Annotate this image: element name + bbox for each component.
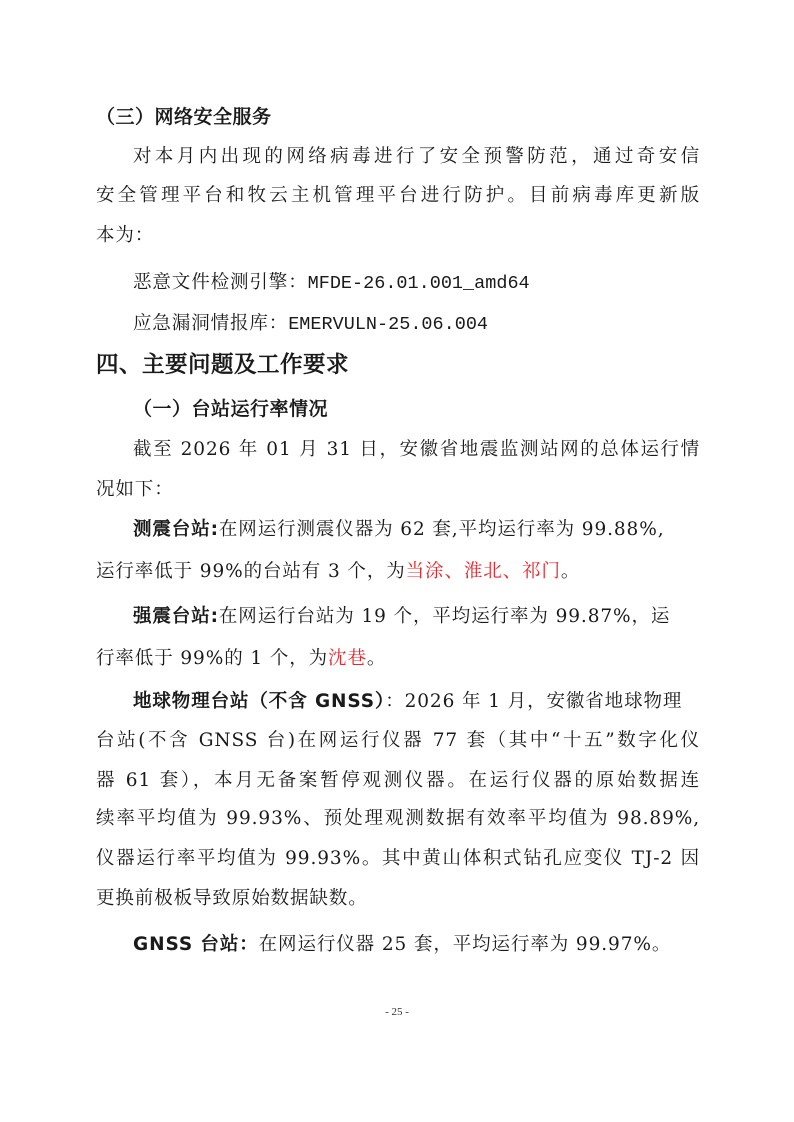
strong-motion-label: 强震台站: — [133, 606, 219, 627]
chapter-heading: 四、主要问题及工作要求 — [96, 353, 700, 377]
paragraph-line: 本为： — [96, 224, 700, 248]
seismic-text: 运行率低于 99%的台站有 3 个，为 — [96, 561, 406, 582]
gnss-text: 在网运行仪器 25 套，平均运行率为 99.97%。 — [259, 934, 672, 955]
geophysical-label: 地球物理台站（不含 GNSS） — [133, 691, 385, 712]
seismic-line-2: 运行率低于 99%的台站有 3 个，为当涂、淮北、祁门。 — [96, 560, 700, 584]
gnss-line: GNSS 台站：在网运行仪器 25 套，平均运行率为 99.97%。 — [133, 933, 700, 957]
strong-motion-text: 在网运行台站为 19 个，平均运行率为 99.87%，运 — [219, 606, 670, 627]
paragraph-line: 仪器运行率平均值为 99.93%。其中黄山体积式钻孔应变仪 TJ-2 因 — [96, 847, 700, 871]
vuln-value: EMERVULN-25.06.004 — [288, 314, 488, 335]
vuln-version-line: 应急漏洞情报库：EMERVULN-25.06.004 — [133, 312, 700, 337]
section-heading-network-security: （三）网络安全服务 — [96, 105, 700, 129]
engine-version-line: 恶意文件检测引擎：MFDE-26.01.001_amd64 — [133, 271, 700, 296]
paragraph-line: 截至 2026 年 01 月 31 日，安徽省地震监测站网的总体运行情 — [133, 438, 700, 462]
strong-motion-line-1: 强震台站:在网运行台站为 19 个，平均运行率为 99.87%，运 — [133, 605, 700, 629]
engine-label: 恶意文件检测引擎： — [133, 272, 308, 293]
engine-value: MFDE-26.01.001_amd64 — [308, 273, 530, 294]
paragraph-line: 况如下： — [96, 478, 700, 502]
strong-motion-text: 行率低于 99%的 1 个，为 — [96, 648, 328, 669]
punctuation: 。 — [367, 648, 386, 669]
paragraph-line: 台站(不含 GNSS 台)在网运行仪器 77 套（其中“十五”数字化仪 — [96, 729, 700, 753]
paragraph-line: 安全管理平台和牧云主机管理平台进行防护。目前病毒库更新版 — [96, 184, 700, 208]
geophysical-text: ：2026 年 1 月，安徽省地球物理 — [385, 691, 682, 712]
seismic-label: 测震台站: — [133, 519, 219, 540]
strong-motion-low-stations: 沈巷 — [328, 648, 367, 669]
paragraph-line: 对本月内出现的网络病毒进行了安全预警防范，通过奇安信 — [133, 145, 700, 169]
page-number: - 25 - — [0, 1006, 794, 1018]
paragraph-line: 器 61 套），本月无备案暂停观测仪器。在运行仪器的原始数据连 — [96, 769, 700, 793]
paragraph-line: 续率平均值为 99.93%、预处理观测数据有效率平均值为 98.89%, — [96, 807, 700, 831]
vuln-label: 应急漏洞情报库： — [133, 313, 288, 334]
seismic-low-stations: 当涂、淮北、祁门 — [406, 561, 561, 582]
geophysical-line-1: 地球物理台站（不含 GNSS）：2026 年 1 月，安徽省地球物理 — [133, 690, 700, 714]
punctuation: 。 — [561, 561, 580, 582]
paragraph-line: 更换前极板导致原始数据缺数。 — [96, 887, 700, 911]
seismic-line-1: 测震台站:在网运行测震仪器为 62 套,平均运行率为 99.88%, — [133, 518, 700, 542]
subsection-heading-station-rate: （一）台站运行率情况 — [133, 397, 700, 421]
seismic-text: 在网运行测震仪器为 62 套,平均运行率为 99.88%, — [219, 519, 665, 540]
gnss-label: GNSS 台站： — [133, 934, 259, 955]
strong-motion-line-2: 行率低于 99%的 1 个，为沈巷。 — [96, 647, 700, 671]
